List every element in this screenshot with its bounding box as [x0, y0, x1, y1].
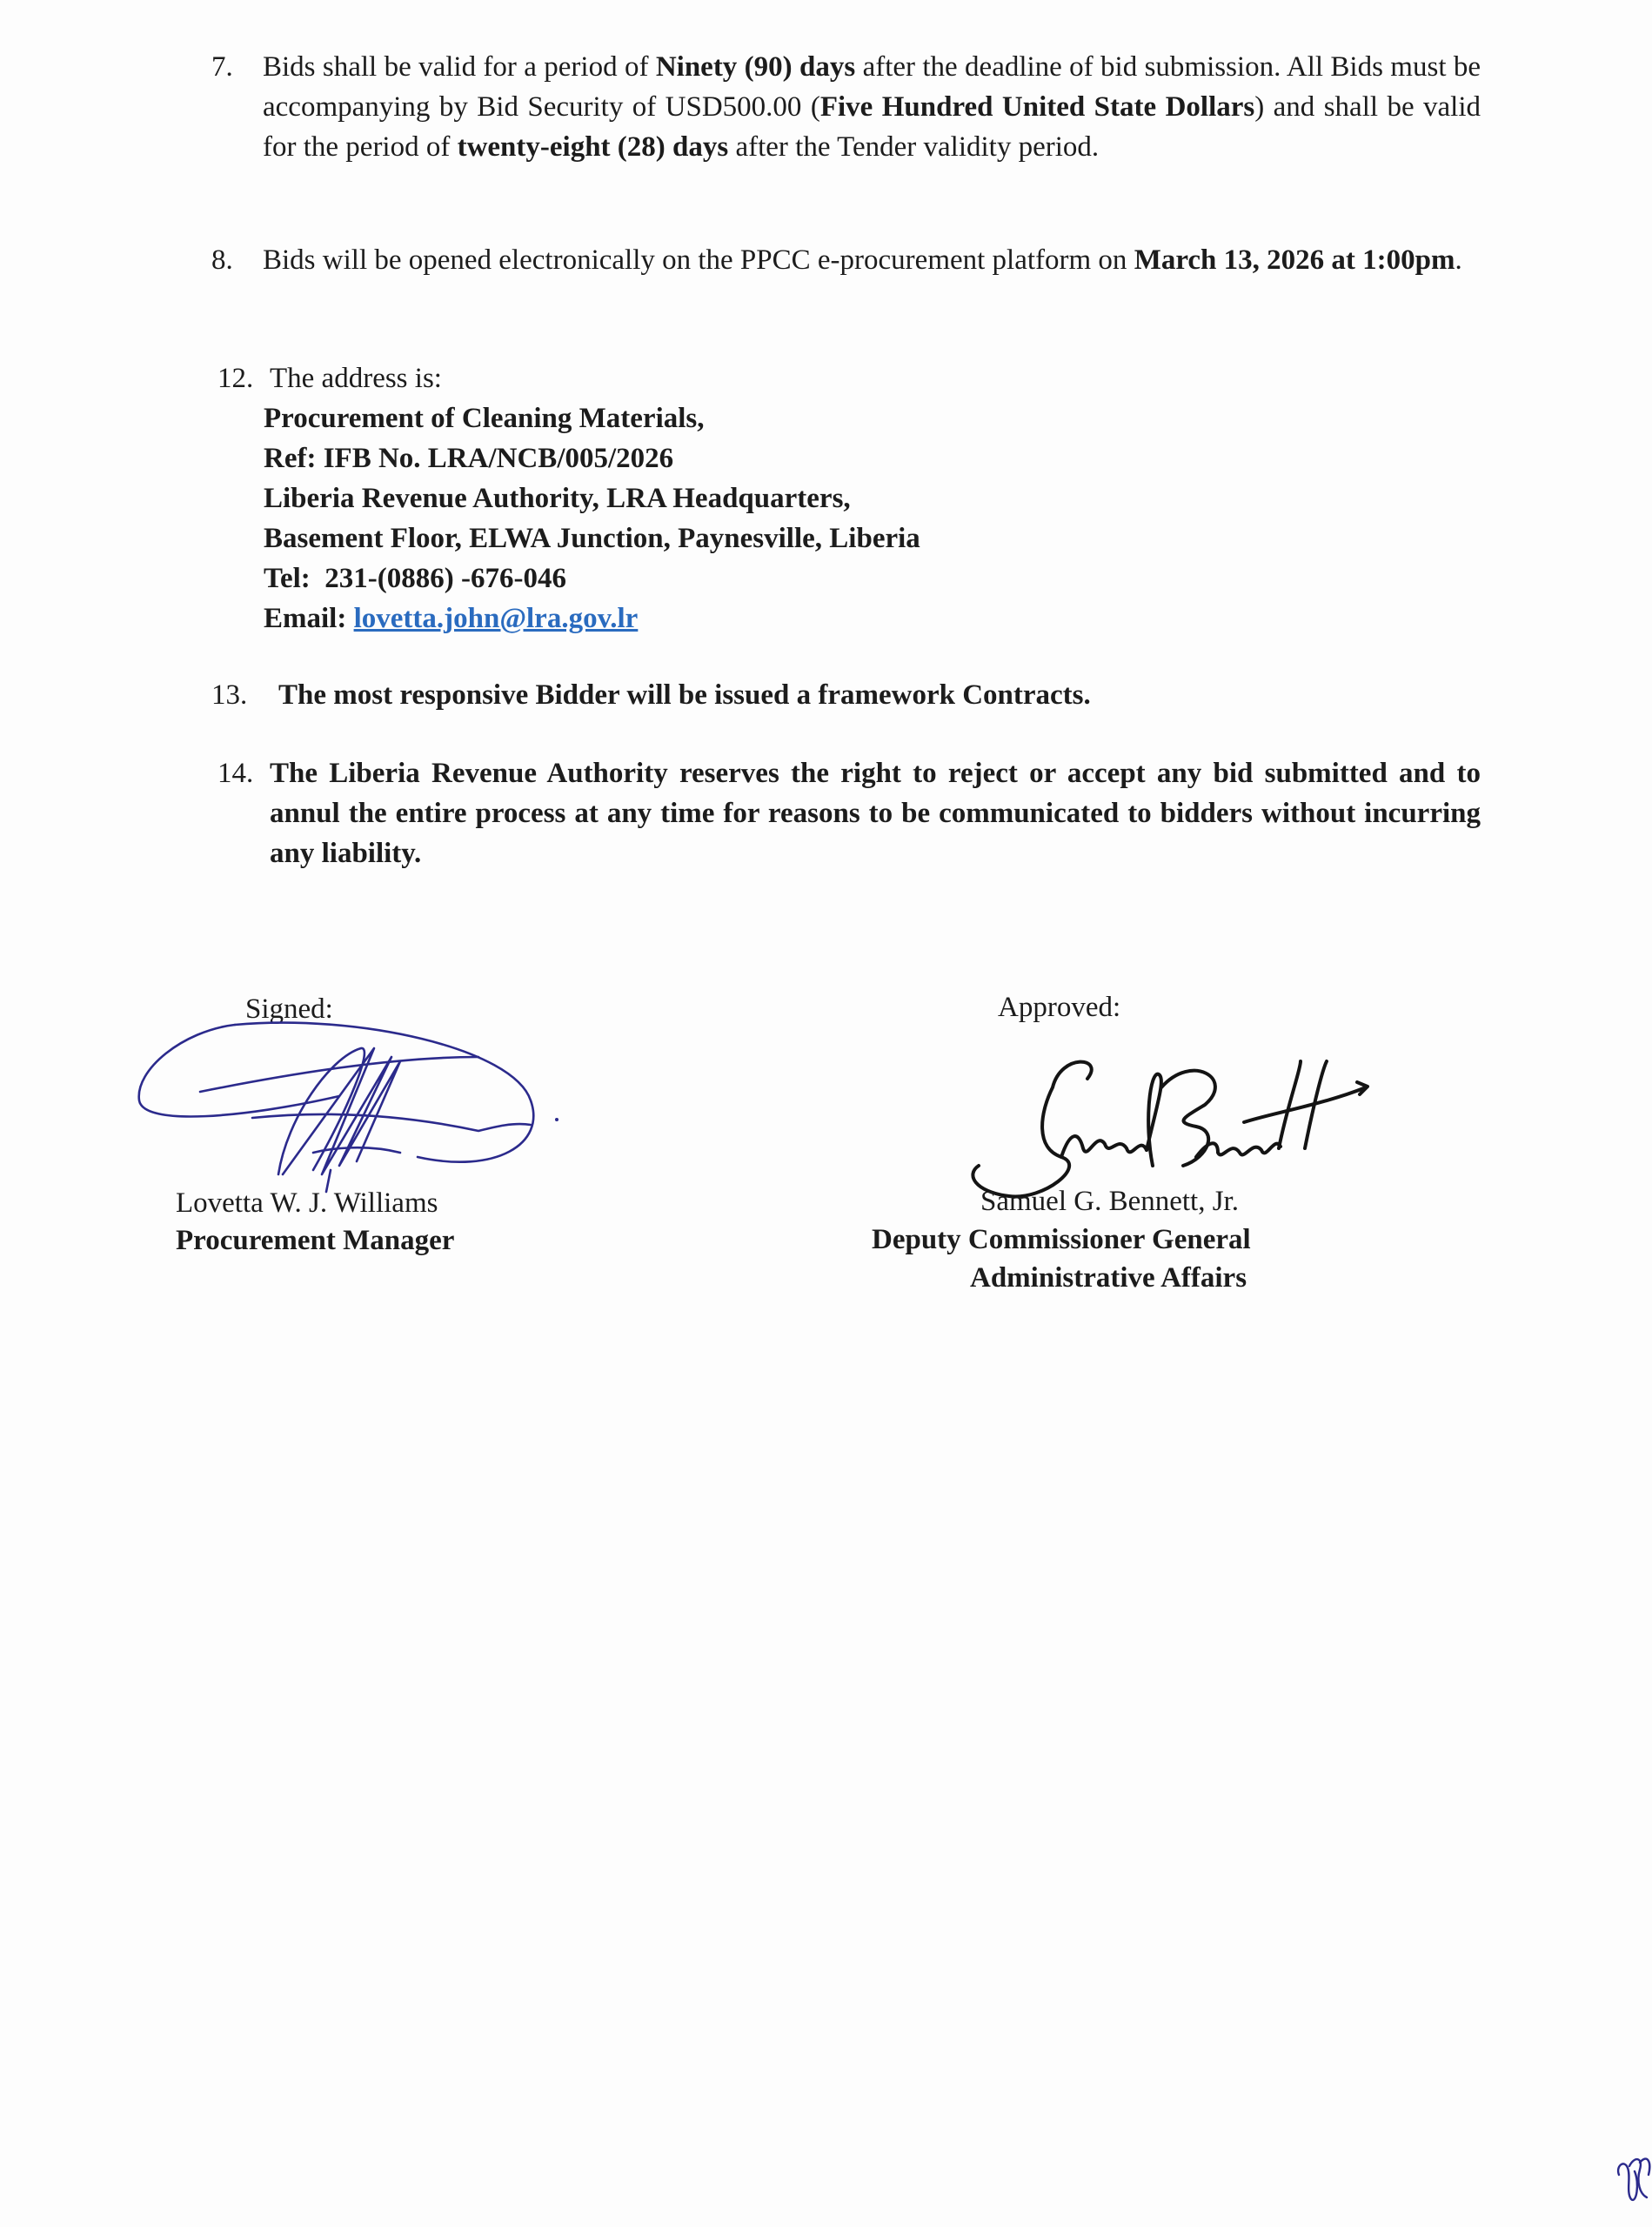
- approved-label: Approved:: [998, 990, 1120, 1025]
- signatory-left-title: Procurement Manager: [176, 1221, 454, 1260]
- email-label: Email:: [264, 603, 346, 634]
- item7-segment: after the Tender validity period.: [728, 131, 1099, 163]
- tel-label: Tel:: [264, 563, 311, 594]
- item-7-number: 7.: [211, 47, 233, 87]
- item-12-intro: The address is:: [270, 358, 442, 398]
- item-12-number: 12.: [217, 358, 253, 398]
- item8-segment: Bids will be opened electronically on th…: [263, 244, 1134, 276]
- item-7-text: Bids shall be valid for a period of Nine…: [263, 47, 1481, 167]
- address-line-4: Basement Floor, ELWA Junction, Paynesvil…: [264, 518, 920, 558]
- item8-segment: March 13, 2026 at 1:00pm: [1134, 244, 1455, 276]
- address-line-3: Liberia Revenue Authority, LRA Headquart…: [264, 478, 920, 518]
- item7-segment: Bids shall be valid for a period of: [263, 51, 656, 83]
- item-14-text: The Liberia Revenue Authority reserves t…: [270, 753, 1481, 873]
- item7-segment: twenty-eight (28) days: [458, 131, 729, 163]
- signature-lovetta-williams: [130, 1022, 565, 1196]
- initials-mark: [1614, 2149, 1652, 2210]
- tel-value: 231-(0886) -676-046: [324, 563, 566, 594]
- item8-segment: .: [1455, 244, 1461, 276]
- address-line-2: Ref: IFB No. LRA/NCB/005/2026: [264, 438, 920, 478]
- item-8-number: 8.: [211, 240, 233, 280]
- address-tel: Tel: 231-(0886) -676-046: [264, 558, 920, 599]
- document-page: 7. Bids shall be valid for a period of N…: [0, 0, 1652, 2227]
- signatory-right-name: Samuel G. Bennett, Jr.: [980, 1183, 1239, 1220]
- signed-label: Signed:: [245, 992, 333, 1027]
- item-8-text: Bids will be opened electronically on th…: [263, 240, 1481, 280]
- signatory-right-title-line-2: Administrative Affairs: [970, 1259, 1247, 1297]
- item-13-text: The most responsive Bidder will be issue…: [278, 675, 1091, 715]
- address-email: Email: lovetta.john@lra.gov.lr: [264, 599, 920, 639]
- item7-segment: Five Hundred United State Dollars: [820, 91, 1254, 123]
- email-link[interactable]: lovetta.john@lra.gov.lr: [354, 603, 639, 634]
- address-line-1: Procurement of Cleaning Materials,: [264, 398, 920, 438]
- item-13-number: 13.: [211, 675, 247, 715]
- address-block: Procurement of Cleaning Materials, Ref: …: [264, 398, 920, 639]
- item-14-number: 14.: [217, 753, 253, 793]
- signatory-right-title-line-1: Deputy Commissioner General: [872, 1221, 1251, 1259]
- signatory-left-name: Lovetta W. J. Williams: [176, 1185, 438, 1221]
- item7-segment: Ninety (90) days: [656, 51, 855, 83]
